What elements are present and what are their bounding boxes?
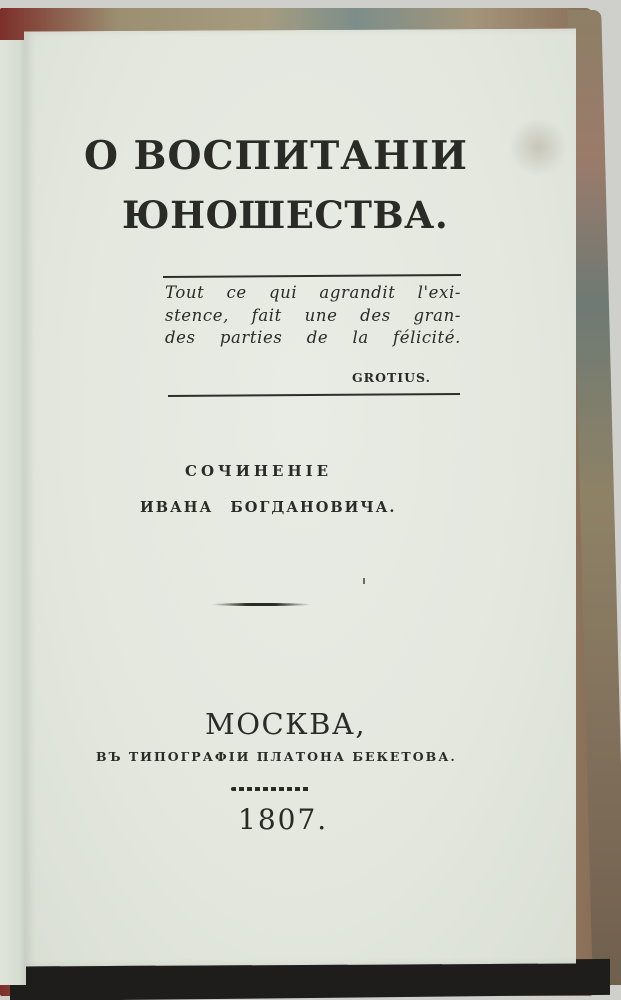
paper-mark: [363, 578, 365, 584]
ornamental-rule: [211, 603, 311, 606]
epigraph-line: des parties de la félicité.: [165, 327, 461, 350]
title-line-2: ЮНОШЕСТВА.: [122, 193, 422, 237]
epigraph-line: Tout ce qui agrandit l'exi-: [165, 282, 461, 305]
facing-page-edge: [0, 40, 26, 985]
author-name: ИВАНА БОГДАНОВИЧА.: [140, 499, 396, 516]
epigraph: Tout ce qui agrandit l'exi- stence, fait…: [165, 282, 461, 350]
ornamental-dotted-rule: [231, 787, 311, 791]
epigraph-line: stence, fait une des gran-: [165, 305, 461, 328]
title-line-1: О ВОСПИТАНІИ: [84, 133, 454, 179]
epigraph-attribution: GROTIUS.: [352, 370, 431, 385]
imprint-year: 1807.: [238, 803, 328, 836]
work-label: СОЧИНЕНІЕ: [185, 462, 332, 480]
imprint-city: МОСКВА,: [205, 707, 366, 741]
imprint-printer: ВЪ ТИПОГРАФІИ ПЛАТОНА БЕКЕТОВА.: [96, 749, 466, 764]
paper-stain: [508, 118, 568, 176]
